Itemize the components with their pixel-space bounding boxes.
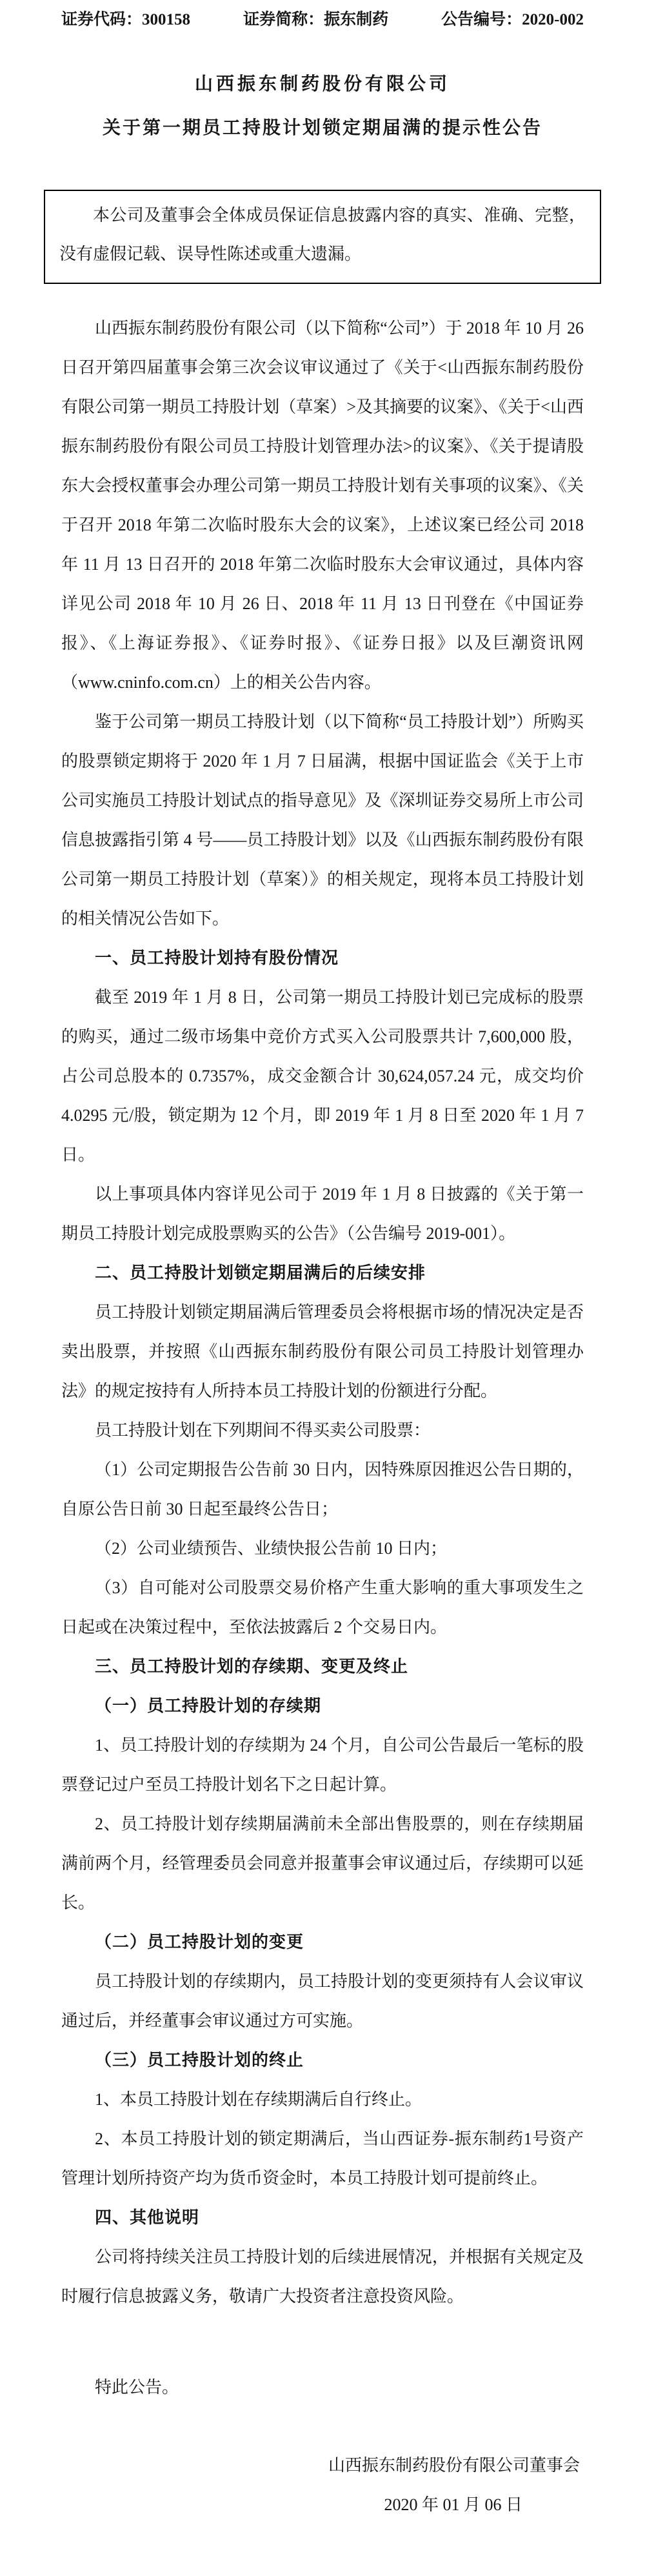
announcement-title: 关于第一期员工持股计划锁定期届满的提示性公告	[61, 115, 584, 141]
announcement-page: 证券代码：300158 证券简称：振东制药 公告编号：2020-002 山西振东…	[0, 0, 645, 2576]
paragraph: 2、员工持股计划存续期届满前未全部出售股票的，则在存续期届满前两个月，经管理委员…	[61, 1804, 584, 1922]
stock-code: 证券代码：300158	[61, 9, 190, 31]
section-heading: 一、员工持股计划持有股份情况	[61, 938, 584, 978]
stock-short-name: 证券简称：振东制药	[243, 9, 388, 31]
paragraph: （1）公司定期报告公告前 30 日内，因特殊原因推迟公告日期的，自原公告日前 3…	[61, 1450, 584, 1529]
signature-block: 山西振东制药股份有限公司董事会 2020 年 01 月 06 日	[61, 2446, 584, 2524]
paragraph: 公司将持续关注员工持股计划的后续进展情况，并根据有关规定及时履行信息披露义务，敬…	[61, 2237, 584, 2316]
announcement-number: 公告编号：2020-002	[441, 9, 584, 31]
paragraph: 2、本员工持股计划的锁定期满后，当山西证券-振东制药1号资产管理计划所持资产均为…	[61, 2119, 584, 2198]
paragraph: 以上事项具体内容详见公司于 2019 年 1 月 8 日披露的《关于第一期员工持…	[61, 1174, 584, 1253]
paragraph: 员工持股计划的存续期内，员工持股计划的变更须持有人会议审议通过后，并经董事会审议…	[61, 1962, 584, 2040]
doc-header: 证券代码：300158 证券简称：振东制药 公告编号：2020-002	[61, 9, 584, 31]
signature-company: 山西振东制药股份有限公司董事会	[61, 2446, 584, 2485]
paragraph: 鉴于公司第一期员工持股计划（以下简称“员工持股计划”）所购买的股票锁定期将于 2…	[61, 702, 584, 938]
paragraph: 1、员工持股计划的存续期为 24 个月，自公司公告最后一笔标的股票登记过户至员工…	[61, 1726, 584, 1804]
paragraph: 员工持股计划在下列期间不得买卖公司股票：	[61, 1411, 584, 1450]
section-heading: 三、员工持股计划的存续期、变更及终止	[61, 1647, 584, 1686]
sub-section-heading: （三）员工持股计划的终止	[61, 2040, 584, 2080]
paragraph: （3）自可能对公司股票交易价格产生重大影响的重大事项发生之日起或在决策过程中，至…	[61, 1568, 584, 1647]
paragraph: 山西振东制药股份有限公司（以下简称“公司”）于 2018 年 10 月 26 日…	[61, 308, 584, 702]
company-title: 山西振东制药股份有限公司	[61, 71, 584, 97]
sub-section-heading: （二）员工持股计划的变更	[61, 1922, 584, 1962]
paragraph: 截至 2019 年 1 月 8 日，公司第一期员工持股计划已完成标的股票的购买，…	[61, 978, 584, 1174]
document-body: 山西振东制药股份有限公司（以下简称“公司”）于 2018 年 10 月 26 日…	[61, 308, 584, 2407]
paragraph: （2）公司业绩预告、业绩快报公告前 10 日内；	[61, 1529, 584, 1568]
section-heading: 四、其他说明	[61, 2198, 584, 2237]
disclaimer-box: 本公司及董事会全体成员保证信息披露内容的真实、准确、完整，没有虚假记载、误导性陈…	[44, 190, 601, 284]
paragraph: 员工持股计划锁定期届满后管理委员会将根据市场的情况决定是否卖出股票，并按照《山西…	[61, 1293, 584, 1411]
disclaimer-text: 本公司及董事会全体成员保证信息披露内容的真实、准确、完整，没有虚假记载、误导性陈…	[59, 196, 586, 274]
paragraph: 特此公告。	[61, 2368, 584, 2407]
paragraph: 1、本员工持股计划在存续期满后自行终止。	[61, 2080, 584, 2119]
sub-section-heading: （一）员工持股计划的存续期	[61, 1686, 584, 1726]
spacer	[61, 2316, 584, 2368]
section-heading: 二、员工持股计划锁定期届满后的后续安排	[61, 1253, 584, 1293]
signature-date: 2020 年 01 月 06 日	[61, 2485, 584, 2524]
